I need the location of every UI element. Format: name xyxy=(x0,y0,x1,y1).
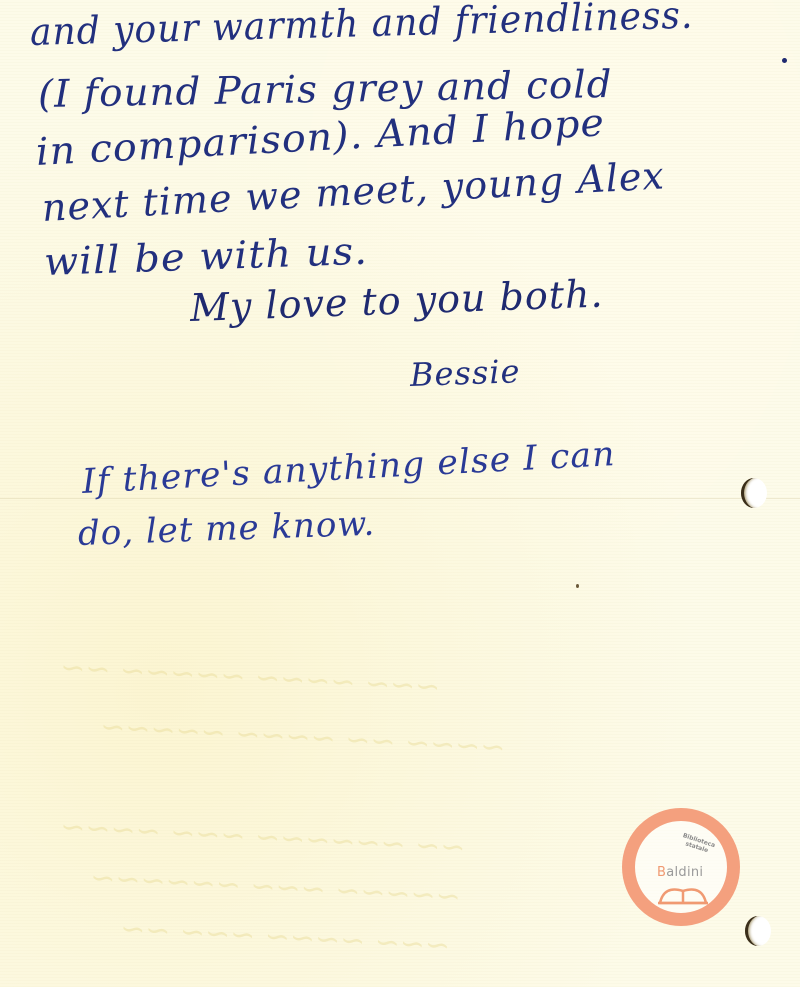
library-stamp: Biblioteca statale Baldini xyxy=(622,808,740,926)
open-book-icon xyxy=(658,881,708,905)
stamp-name-rest: aldini xyxy=(666,865,703,880)
punch-hole xyxy=(745,916,771,946)
stamp-initial: B xyxy=(657,865,666,880)
stamp-name: Baldini xyxy=(657,865,703,880)
paper-speck xyxy=(576,584,579,588)
signature: Bessie xyxy=(409,352,521,394)
stamp-library-text: Biblioteca statale xyxy=(680,832,716,856)
paper-speck xyxy=(782,58,787,63)
punch-hole xyxy=(741,478,767,508)
